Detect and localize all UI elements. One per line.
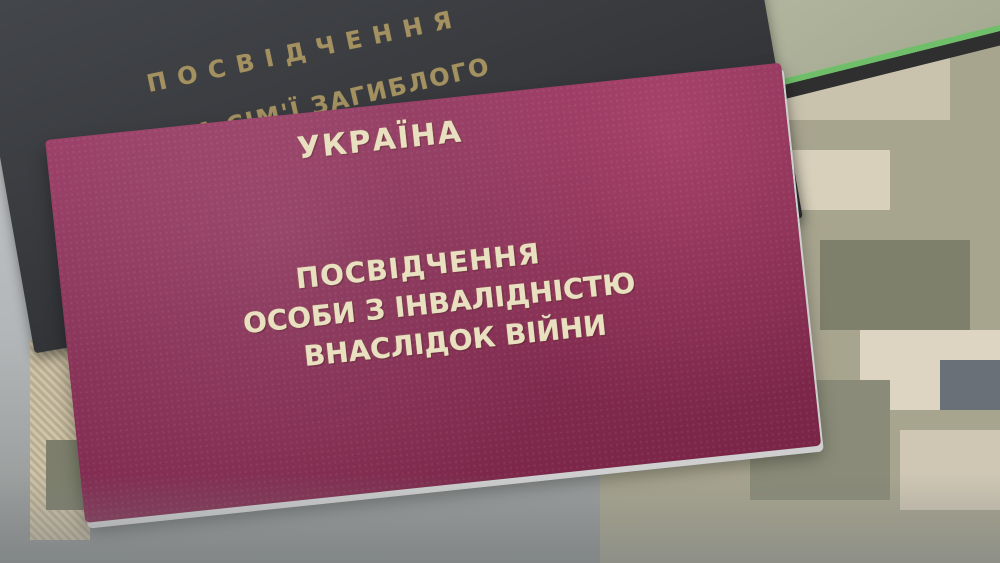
red-certificate-cover: УКРАЇНА ПОСВІДЧЕННЯ ОСОБИ З ІНВАЛІДНІСТЮ… <box>45 63 821 523</box>
camo-block <box>940 360 1000 410</box>
camo-block <box>900 430 1000 510</box>
photo-scene: ПОСВІДЧЕННЯ ЧЛЕНА СІМ'Ї ЗАГИБЛОГО ЗАХИСН… <box>0 0 1000 563</box>
country-label: УКРАЇНА <box>296 114 465 166</box>
camo-block <box>820 240 970 330</box>
